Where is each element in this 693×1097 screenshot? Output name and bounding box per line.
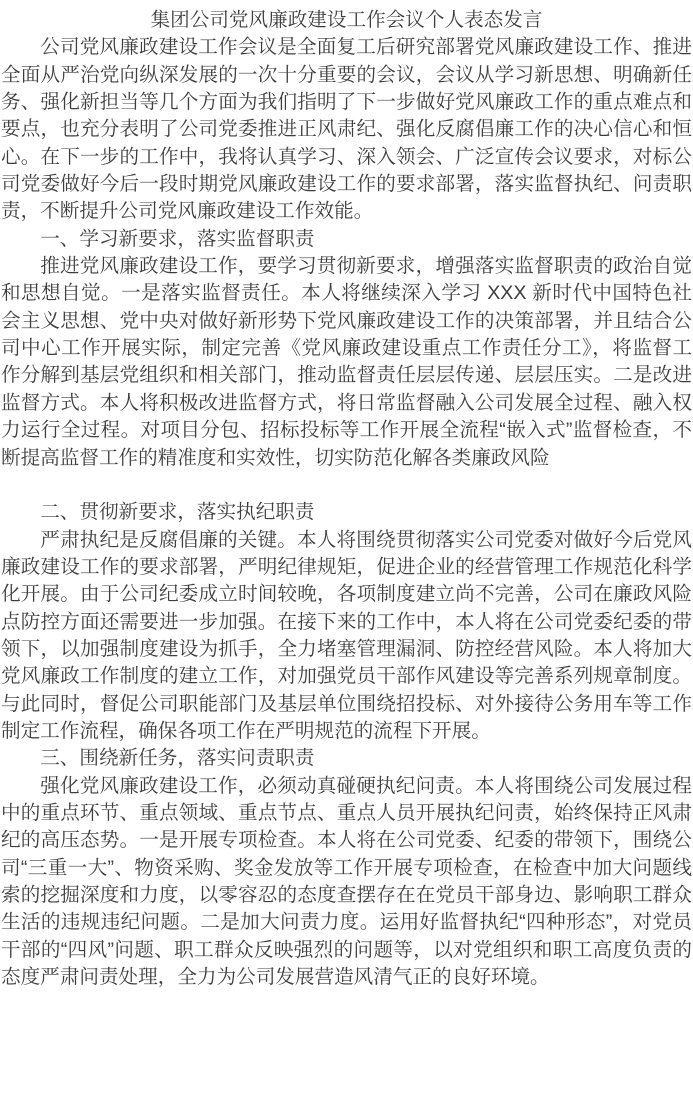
section-heading-3: 三、围绕新任务，落实问责职责 (1, 745, 692, 772)
paragraph-section-2: 严肃执纪是反腐倡廉的关键。本人将围绕贯彻落实公司党委对做好今后党风廉政建设工作的… (1, 527, 692, 746)
document: 集团公司党风廉政建设工作会议个人表态发言 公司党风廉政建设工作会议是全面复工后研… (0, 0, 693, 991)
paragraph-intro: 公司党风廉政建设工作会议是全面复工后研究部署党风廉政建设工作、推进全面从严治党向… (1, 34, 692, 225)
section-heading-1: 一、学习新要求，落实监督职责 (1, 226, 692, 253)
section-heading-2: 二、贯彻新要求，落实执纪职责 (1, 499, 692, 526)
paragraph-section-1: 推进党风廉政建设工作，要学习贯彻新要求，增强落实监督职责的政治自觉和思想自觉。一… (1, 253, 692, 472)
blank-line (1, 472, 692, 499)
paragraph-section-3: 强化党风廉政建设工作，必须动真碰硬执纪问责。本人将围绕公司发展过程中的重点环节、… (1, 773, 692, 992)
document-title: 集团公司党风廉政建设工作会议个人表态发言 (1, 7, 692, 34)
